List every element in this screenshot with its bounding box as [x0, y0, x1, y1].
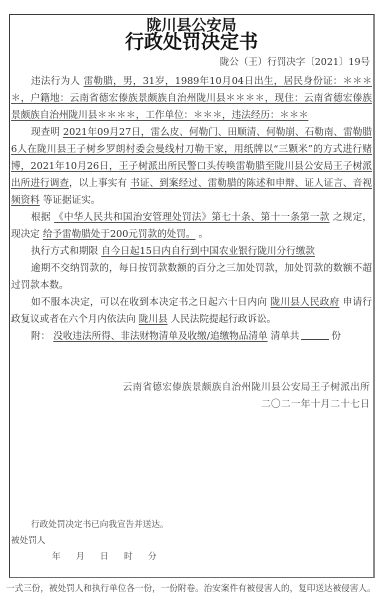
ack-day: 日 — [100, 549, 124, 565]
document-body: 违法行为人 雷勒腊，男，31岁，1989年10月04日出生，居民身份证：＊＊＊＊… — [11, 73, 372, 345]
acknowledgement-block: 行政处罚决定书已向我宣告并送达。 被处罚人 年月日时分 — [11, 517, 172, 565]
attachment-paragraph: 附： 没收违法所得、非法财物清单及收缴/追缴物品清单 清单共份 — [11, 328, 372, 345]
execution-label: 执行方式和期限 — [31, 246, 98, 257]
appeal-end: 人民法院提起行政诉讼。 — [171, 314, 277, 325]
attachment-count-blank — [301, 333, 329, 340]
facts-label: 现查明 — [31, 127, 60, 138]
execution-content: 自今日起15日内自行到中国农业银行陇川分行缴款 — [101, 246, 315, 257]
attachment-count-label: 清单共 — [271, 331, 300, 342]
signature-org: 云南省德宏傣族景颇族自治州陇川县公安局王子树派出所 — [123, 379, 370, 396]
facts-paragraph: 现查明 2021年09月27日，雷么皮、何勒门、田顺清、何勒崩、石勒南、雷勒腊6… — [11, 124, 372, 209]
signature-date: 二〇二一年十月二十七日 — [123, 396, 370, 413]
appeal-court-county: 陇川县 — [139, 314, 168, 325]
basis-decision: 给予雷勒腊处于200元罚款的处罚。 — [43, 229, 196, 240]
document-title: 行政处罚决定书 — [0, 32, 383, 52]
basis-label: 根据 — [31, 212, 51, 223]
attachment-count-unit: 份 — [331, 331, 341, 342]
ack-year: 年 — [52, 549, 76, 565]
signature-block: 云南省德宏傣族景颇族自治州陇川县公安局王子树派出所 二〇二一年十月二十七日 — [123, 379, 370, 413]
attachment-content: 没收违法所得、非法财物清单及收缴/追缴物品清单 — [53, 331, 267, 342]
attachment-label: 附： — [31, 331, 50, 342]
ack-statement: 行政处罚决定书已向我宣告并送达。 — [11, 517, 172, 533]
ack-date-fields: 年月日时分 — [11, 549, 172, 565]
ack-hour: 时 — [124, 549, 148, 565]
ack-month: 月 — [76, 549, 100, 565]
execution-paragraph: 执行方式和期限 自今日起15日内自行到中国农业银行陇川分行缴款 — [11, 243, 372, 260]
overdue-paragraph: 逾期不交纳罚款的，每日按罚款数额的百分之三加处罚款，加处罚款的数额不超过罚款本数… — [11, 260, 372, 294]
violator-label: 违法行为人 — [31, 76, 80, 87]
basis-end: 。 — [199, 229, 209, 240]
appeal-paragraph: 如不服本决定，可以在收到本决定书之日起六十日内向 陇川县人民政府 申请行政复议或… — [11, 294, 372, 328]
basis-law: 《中华人民共和国治安管理处罚法》第七十条、第十一条第一款 — [54, 212, 330, 223]
footer-note: 一式三份，被处罚人和执行单位各一份，一份附卷。治安案件有被侵害人的，复印送达被侵… — [6, 582, 381, 594]
document-number: 陇公（王）行罚决字〔2021〕19号 — [220, 54, 370, 68]
facts-end: 等证据证实。 — [43, 195, 101, 206]
appeal-government: 陇川县人民政府 — [271, 297, 340, 308]
ack-recipient-label: 被处罚人 — [11, 533, 172, 549]
ack-minute: 分 — [148, 549, 172, 565]
appeal-pre: 如不服本决定，可以在收到本决定书之日起六十日内向 — [31, 297, 267, 308]
violator-paragraph: 违法行为人 雷勒腊，男，31岁，1989年10月04日出生，居民身份证：＊＊＊＊… — [11, 73, 372, 124]
facts-mid: ，以上事实有 — [69, 178, 127, 189]
basis-paragraph: 根据 《中华人民共和国治安管理处罚法》第七十条、第十一条第一款 之规定，现决定 … — [11, 209, 372, 243]
